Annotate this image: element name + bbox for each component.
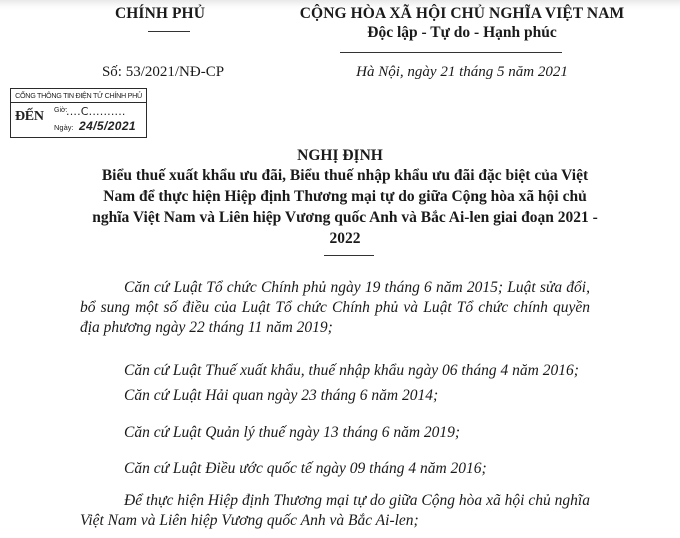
received-stamp: CỔNG THÔNG TIN ĐIỆN TỬ CHÍNH PHỦ ĐẾN Giờ… (10, 88, 147, 138)
place-and-date: Hà Nội, ngày 21 tháng 5 năm 2021 (262, 64, 662, 81)
preamble-paragraph: Căn cứ Luật Điều ước quốc tế ngày 09 thá… (80, 459, 590, 479)
motto-underline (340, 52, 562, 53)
title-underline (324, 255, 374, 256)
preamble-text: Căn cứ Luật Hải quan ngày 23 tháng 6 năm… (80, 386, 590, 406)
stamp-den-label: ĐẾN (15, 109, 44, 125)
issuer-name: CHÍNH PHỦ (80, 5, 240, 23)
preamble-text: Căn cứ Luật Điều ước quốc tế ngày 09 thá… (80, 459, 590, 479)
preamble-paragraph: Căn cứ Luật Tổ chức Chính phủ ngày 19 th… (80, 278, 590, 338)
nation-name: CỘNG HÒA XÃ HỘI CHỦ NGHĨA VIỆT NAM (262, 5, 662, 23)
preamble-paragraph: Để thực hiện Hiệp định Thương mại tự do … (80, 491, 590, 531)
issuer-underline (148, 31, 190, 32)
preamble-text: Căn cứ Luật Thuế xuất khẩu, thuế nhập kh… (80, 361, 590, 381)
stamp-date-label: Ngày: (54, 123, 74, 132)
preamble-text: Căn cứ Luật Tổ chức Chính phủ ngày 19 th… (80, 278, 590, 338)
document-type: NGHỊ ĐỊNH (0, 147, 680, 165)
national-motto: Độc lập - Tự do - Hạnh phúc (262, 24, 662, 42)
document-subject: Biểu thuế xuất khẩu ưu đãi, Biểu thuế nh… (90, 165, 600, 249)
preamble-text: Căn cứ Luật Quản lý thuế ngày 13 tháng 6… (80, 423, 590, 443)
preamble-text: Để thực hiện Hiệp định Thương mại tự do … (80, 491, 590, 531)
stamp-title: CỔNG THÔNG TIN ĐIỆN TỬ CHÍNH PHỦ (11, 91, 146, 103)
stamp-date-value: 24/5/2021 (79, 119, 136, 133)
preamble-paragraph: Căn cứ Luật Hải quan ngày 23 tháng 6 năm… (80, 386, 590, 406)
preamble-paragraph: Căn cứ Luật Thuế xuất khẩu, thuế nhập kh… (80, 361, 590, 381)
stamp-time-value: ....C.......... (66, 105, 126, 118)
document-number: Số: 53/2021/NĐ-CP (78, 64, 248, 81)
preamble-paragraph: Căn cứ Luật Quản lý thuế ngày 13 tháng 6… (80, 423, 590, 443)
